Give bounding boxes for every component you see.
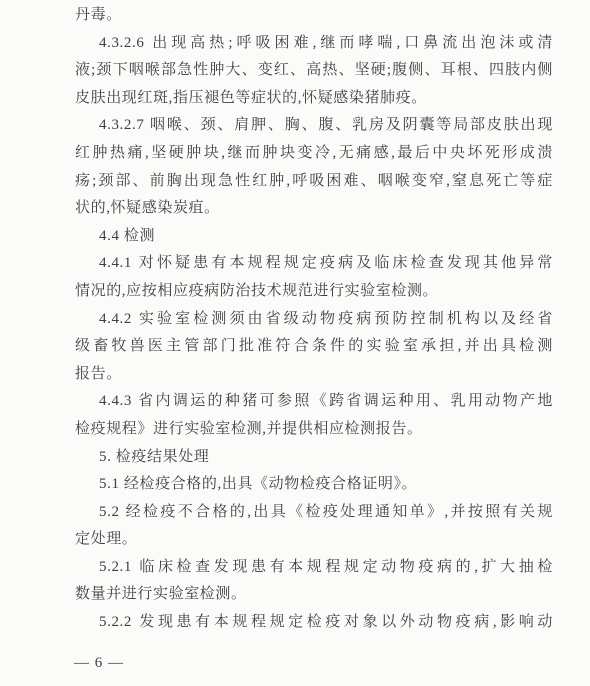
text-line: 定处理。	[75, 526, 553, 554]
text-line: 4.3.2.7 咽喉、颈、肩胛、胸、腹、乳房及阴囊等局部皮肤出现	[75, 112, 553, 140]
document-page: 丹毒。4.3.2.6 出现高热;呼吸困难,继而哮喘,口鼻流出泡沫或清液;颈下咽喉…	[0, 0, 590, 686]
text-line: 4.3.2.6 出现高热;呼吸困难,继而哮喘,口鼻流出泡沫或清	[75, 30, 553, 58]
text-line: 5.2.2 发现患有本规程规定检疫对象以外动物疫病,影响动	[75, 609, 553, 637]
text-line: 5.2.1 临床检查发现患有本规程规定动物疫病的,扩大抽检	[75, 554, 553, 582]
text-line: 4.4.3 省内调运的种猪可参照《跨省调运种用、乳用动物产地	[75, 388, 553, 416]
text-line: 4.4 检测	[75, 223, 553, 251]
text-line: 状的,怀疑感染炭疽。	[75, 195, 553, 223]
page-number: — 6 —	[74, 655, 124, 672]
text-body: 丹毒。4.3.2.6 出现高热;呼吸困难,继而哮喘,口鼻流出泡沫或清液;颈下咽喉…	[75, 2, 553, 637]
text-line: 皮肤出现红斑,指压褪色等症状的,怀疑感染猪肺疫。	[75, 85, 553, 113]
text-line: 疡;颈部、前胸出现急性红肿,呼吸困难、咽喉变窄,窒息死亡等症	[75, 168, 553, 196]
text-line: 检疫规程》进行实验室检测,并提供相应检测报告。	[75, 416, 553, 444]
text-line: 4.4.2 实验室检测须由省级动物疫病预防控制机构以及经省	[75, 306, 553, 334]
text-line: 情况的,应按相应疫病防治技术规范进行实验室检测。	[75, 278, 553, 306]
text-line: 数量并进行实验室检测。	[75, 581, 553, 609]
text-line: 液;颈下咽喉部急性肿大、变红、高热、坚硬;腹侧、耳根、四肢内侧	[75, 57, 553, 85]
text-line: 报告。	[75, 361, 553, 389]
text-line: 级畜牧兽医主管部门批准符合条件的实验室承担,并出具检测	[75, 333, 553, 361]
text-line: 5.1 经检疫合格的,出具《动物检疫合格证明》。	[75, 471, 553, 499]
text-line: 丹毒。	[75, 2, 553, 30]
text-line: 4.4.1 对怀疑患有本规程规定疫病及临床检查发现其他异常	[75, 250, 553, 278]
text-line: 5.2 经检疫不合格的,出具《检疫处理通知单》,并按照有关规	[75, 499, 553, 527]
text-line: 5. 检疫结果处理	[75, 444, 553, 472]
text-line: 红肿热痛,坚硬肿块,继而肿块变冷,无痛感,最后中央坏死形成溃	[75, 140, 553, 168]
